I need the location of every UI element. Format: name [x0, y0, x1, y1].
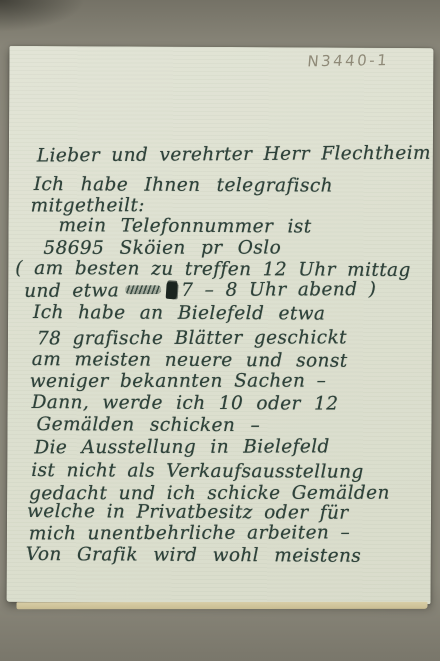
handwriting-line: und etwa7 – 8 Uhr abend )	[24, 279, 376, 302]
scribbled-out-word	[125, 285, 161, 294]
handwriting-line: mein Telefonnummer ist	[58, 215, 311, 237]
handwriting-line: mich unentbehrliche arbeiten –	[29, 522, 350, 544]
paper-bottom-edge	[17, 602, 428, 609]
handwriting-line: ( am besten zu treffen 12 Uhr mittag	[15, 258, 411, 281]
handwriting-line: ist nicht als Verkaufsausstellung	[31, 460, 364, 483]
handwriting-line: am meisten neuere und sonst	[32, 349, 348, 372]
handwriting-line: 58695 Sköien pr Oslo	[43, 237, 281, 258]
letter-page: N3440-1 Lieber und verehrter Herr Flecht…	[7, 46, 434, 604]
letter-body: Lieber und verehrter Herr Flechtheim Ich…	[7, 46, 434, 604]
handwriting-line: Von Grafik wird wohl meistens	[26, 544, 362, 567]
handwriting-line: Lieber und verehrter Herr Flechtheim	[37, 143, 431, 167]
handwriting-line: mitgetheilt:	[31, 195, 145, 216]
line-text-after-scribble: 7 – 8 Uhr abend )	[181, 279, 376, 301]
handwriting-line: welche in Privatbesitz oder für	[27, 501, 349, 524]
handwriting-line: Ich habe an Bielefeld etwa	[33, 302, 325, 325]
handwriting-line: Die Ausstellung in Bielefeld	[34, 436, 329, 458]
ink-blot	[166, 282, 178, 300]
handwriting-line: weniger bekannten Sachen –	[30, 371, 327, 393]
handwriting-line: Dann, werde ich 10 oder 12	[32, 392, 339, 415]
handwriting-line: Gemälden schicken –	[36, 414, 260, 436]
handwriting-line: Ich habe Ihnen telegrafisch	[34, 174, 333, 197]
scan-background: N3440-1 Lieber und verehrter Herr Flecht…	[0, 0, 440, 661]
line-text-before-scribble: und etwa	[24, 280, 119, 301]
handwriting-line: 78 grafische Blätter geschickt	[37, 327, 347, 349]
